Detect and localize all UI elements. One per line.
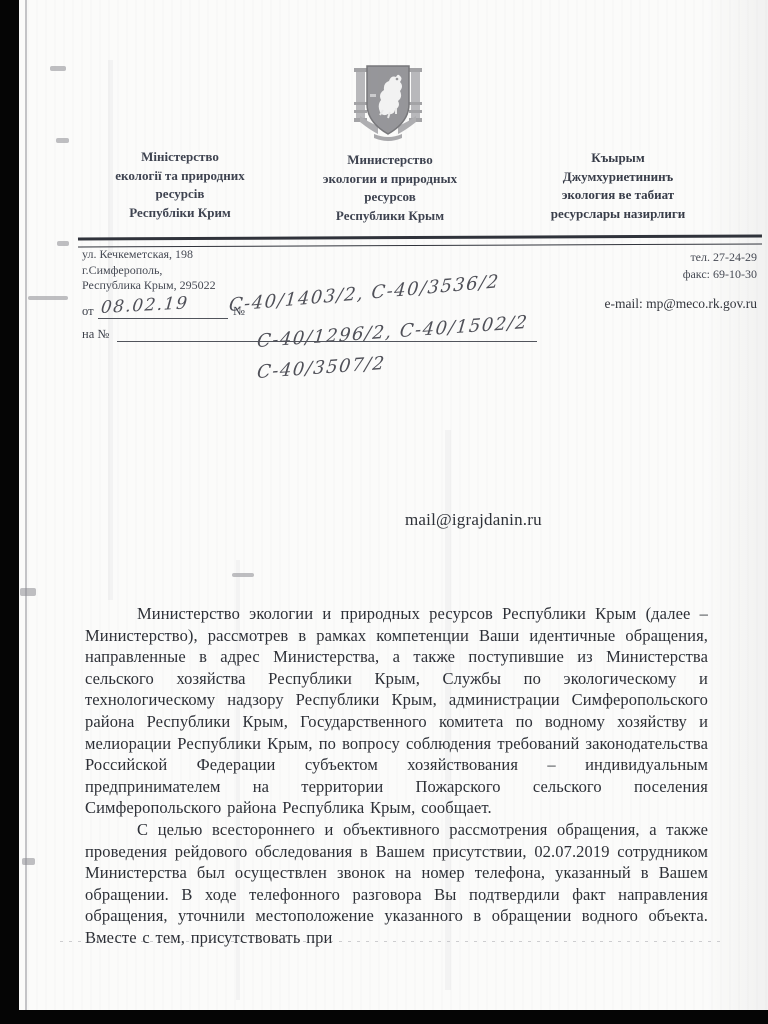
recipient-email: mail@igrajdanin.ru [405,510,542,530]
scan-smudge [232,573,254,577]
ministry-email: e-mail: mp@meco.rk.gov.ru [497,296,757,312]
phone-number: тел. 27-24-29 [557,249,757,266]
handwritten-case-numbers-line3: С-40/3507/2 [256,353,387,383]
scan-smudge [56,138,69,143]
fax-number: факс: 69-10-30 [557,266,757,283]
ministry-name-crimean-tatar: Къырым Джумхуриетининъ экология ве табиа… [518,149,718,223]
postal-address: ул. Кечкеметская, 198 г.Симферополь, Рес… [82,247,312,294]
scan-smudge [28,296,68,300]
handwritten-case-numbers-line2: С-40/1296/2, С-40/1502/2 [256,312,529,352]
reply-to-number-label: на № [82,327,109,342]
letter-body: Министерство экологии и природных ресурс… [85,603,708,949]
scanned-letter-page: Міністерство екології та природних ресур… [0,0,768,1024]
ministry-name-russian: Министерство экологии и природных ресурс… [296,151,484,225]
scan-smudge [20,588,36,596]
body-paragraph-2: С целью всестороннего и объективного рас… [85,819,708,949]
scan-smudge [50,66,66,71]
crimea-coat-of-arms-icon [350,60,426,144]
date-from-label: от [82,304,94,319]
ministry-name-ukrainian: Міністерство екології та природних ресур… [78,148,282,222]
scan-edge-left-bar [0,0,19,1024]
scan-smudge [57,241,69,246]
scan-smudge [22,858,35,865]
scan-edge-bottom-bar [0,1010,768,1024]
body-paragraph-1: Министерство экологии и природных ресурс… [85,603,708,819]
phone-fax-block: тел. 27-24-29 факс: 69-10-30 [557,249,757,282]
letterhead-divider-rule [78,235,762,248]
